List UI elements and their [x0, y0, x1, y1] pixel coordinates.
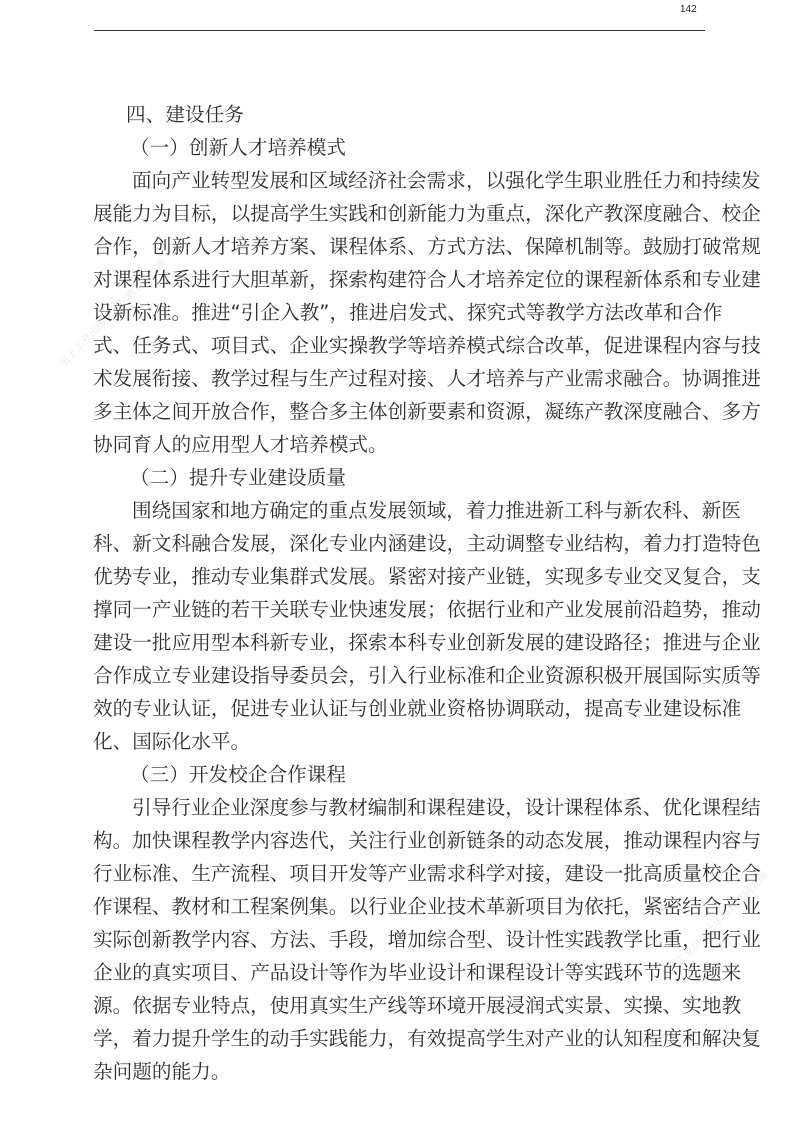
subsection-heading: （一）创新人才培养模式: [93, 131, 713, 164]
section-title: 四、建设任务: [93, 98, 713, 131]
paragraph-line: 作课程、教材和工程案例集。以行业企业技术革新项目为依托，紧密结合产业: [93, 890, 713, 923]
paragraph-line: 杂问题的能力。: [93, 1055, 713, 1088]
paragraph-line: 设新标准。推进“引企入教”，推进启发式、探究式等教学方法改革和合作: [93, 296, 713, 329]
document-body: 四、建设任务 （一）创新人才培养模式 面向产业转型发展和区域经济社会需求，以强化…: [93, 98, 713, 1088]
paragraph-line: 引导行业企业深度参与教材编制和课程建设，设计课程体系、优化课程结: [93, 791, 713, 824]
subsection-heading: （三）开发校企合作课程: [93, 758, 713, 791]
paragraph-line: 多主体之间开放合作，整合多主体创新要素和资源，凝练产教深度融合、多方: [93, 395, 713, 428]
paragraph-line: 合作成立专业建设指导委员会，引入行业标准和企业资源积极开展国际实质等: [93, 659, 713, 692]
header-rule: [94, 30, 705, 31]
paragraph-line: 构。加快课程教学内容迭代，关注行业创新链条的动态发展，推动课程内容与: [93, 824, 713, 857]
paragraph-line: 围绕国家和地方确定的重点发展领域，着力推进新工科与新农科、新医: [93, 494, 713, 527]
paragraph-line: 协同育人的应用型人才培养模式。: [93, 428, 713, 461]
paragraph-line: 优势专业，推动专业集群式发展。紧密对接产业链，实现多专业交叉复合，支: [93, 560, 713, 593]
paragraph-line: 面向产业转型发展和区域经济社会需求，以强化学生职业胜任力和持续发: [93, 164, 713, 197]
paragraph-line: 效的专业认证，促进专业认证与创业就业资格协调联动，提高专业建设标准: [93, 692, 713, 725]
paragraph-line: 学，着力提升学生的动手实践能力，有效提高学生对产业的认知程度和解决复: [93, 1022, 713, 1055]
paragraph-line: 源。依据专业特点，使用真实生产线等环境开展浸润式实景、实操、实地教: [93, 989, 713, 1022]
paragraph-line: 撑同一产业链的若干关联专业快速发展；依据行业和产业发展前沿趋势，推动: [93, 593, 713, 626]
paragraph-line: 术发展衔接、教学过程与生产过程对接、人才培养与产业需求融合。协调推进: [93, 362, 713, 395]
subsection-heading: （二）提升专业建设质量: [93, 461, 713, 494]
paragraph-line: 行业标准、生产流程、项目开发等产业需求科学对接，建设一批高质量校企合: [93, 857, 713, 890]
paragraph-line: 展能力为目标，以提高学生实践和创新能力为重点，深化产教深度融合、校企: [93, 197, 713, 230]
page-number: 142: [680, 4, 697, 15]
paragraph-line: 合作，创新人才培养方案、课程体系、方式方法、保障机制等。鼓励打破常规: [93, 230, 713, 263]
paragraph-line: 科、新文科融合发展，深化专业内涵建设，主动调整专业结构，着力打造特色: [93, 527, 713, 560]
paragraph-line: 式、任务式、项目式、企业实操教学等培养模式综合改革，促进课程内容与技: [93, 329, 713, 362]
paragraph-line: 建设一批应用型本科新专业，探索本科专业创新发展的建设路径；推进与企业: [93, 626, 713, 659]
paragraph-line: 化、国际化水平。: [93, 725, 713, 758]
paragraph-line: 对课程体系进行大胆革新，探索构建符合人才培养定位的课程新体系和专业建: [93, 263, 713, 296]
paragraph-line: 企业的真实项目、产品设计等作为毕业设计和课程设计等实践环节的选题来: [93, 956, 713, 989]
paragraph-line: 实际创新教学内容、方法、手段，增加综合型、设计性实践教学比重，把行业: [93, 923, 713, 956]
